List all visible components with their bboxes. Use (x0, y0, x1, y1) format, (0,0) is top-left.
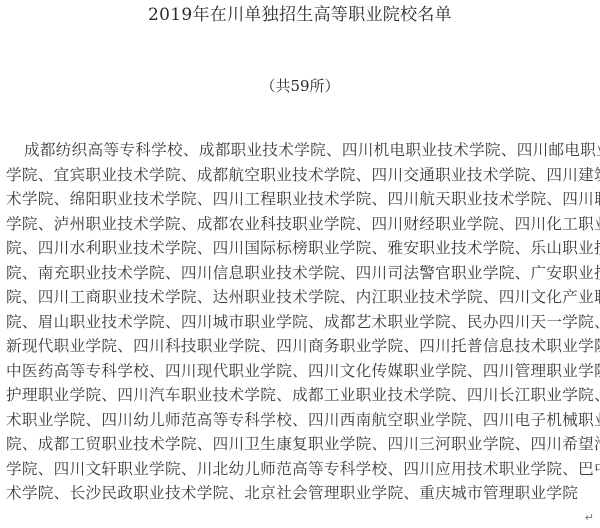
text-line: 院、眉山职业技术学院、四川城市职业学院、成都艺术职业学院、民办四川天一学院、四川… (6, 310, 600, 335)
text-line: 院、四川水利职业技术学院、四川国际标榜职业学院、雅安职业技术学院、乐山职业技术学 (6, 236, 600, 261)
text-line: 中医药高等专科学校、四川现代职业学院、四川文化传媒职业学院、四川管理职业学院、四… (6, 359, 600, 384)
text-line: 术职业学院、四川幼儿师范高等专科学校、四川西南航空职业学院、四川电子机械职业技术… (6, 408, 600, 433)
text-line: 护理职业学院、四川汽车职业技术学院、成都工业职业技术学院、四川长江职业学院、四川… (6, 383, 600, 408)
text-line: 术学院、绵阳职业技术学院、四川工程职业技术学院、四川航天职业技术学院、四川职业技… (6, 187, 600, 212)
document-subtitle: （共59所） (0, 75, 600, 97)
text-line: 学院、宜宾职业技术学院、成都航空职业技术学院、四川交通职业技术学院、四川建筑职业… (6, 163, 600, 188)
text-line: 术学院、长沙民政职业技术学院、北京社会管理职业学院、重庆城市管理职业学院 (6, 481, 578, 506)
paragraph-mark-icon: ↵ (585, 511, 594, 524)
text-line: 成都纺织高等专科学校、成都职业技术学院、四川机电职业技术学院、四川邮电职业技术 (24, 138, 600, 163)
text-line: 院、南充职业技术学院、四川信息职业技术学院、四川司法警官职业学院、广安职业技术学 (6, 261, 600, 286)
document-title: 2019年在川单独招生高等职业院校名单 (0, 2, 600, 28)
text-line: 新现代职业学院、四川科技职业学院、四川商务职业学院、四川托普信息技术职业学院、四… (6, 334, 600, 359)
text-line: 学院、四川文轩职业学院、川北幼儿师范高等专科学校、四川应用技术职业学院、巴中职业… (6, 457, 600, 482)
text-line: 院、成都工贸职业技术学院、四川卫生康复职业学院、四川三河职业学院、四川希望汽车职… (6, 432, 600, 457)
text-line: 院、四川工商职业技术学院、达州职业技术学院、内江职业技术学院、四川文化产业职业学 (6, 285, 600, 310)
text-line: 学院、泸州职业技术学院、成都农业科技职业学院、四川财经职业学院、四川化工职业技术… (6, 212, 600, 237)
